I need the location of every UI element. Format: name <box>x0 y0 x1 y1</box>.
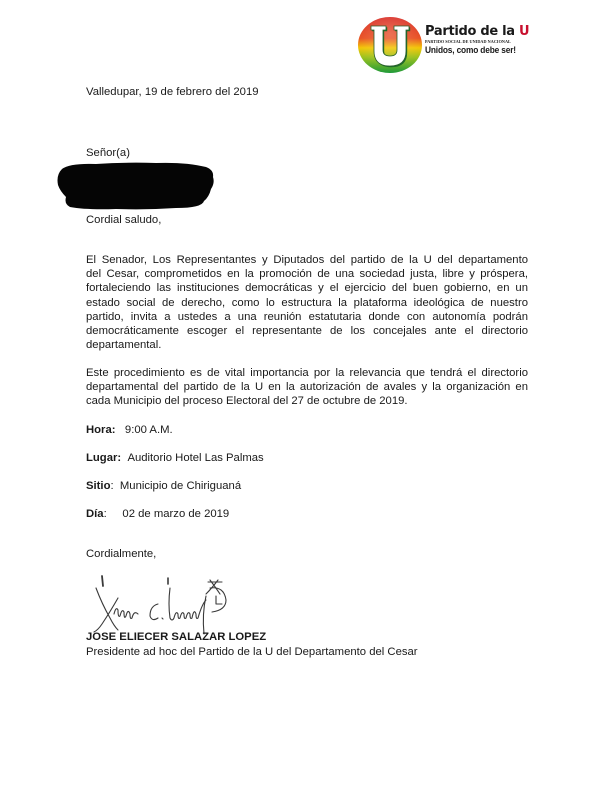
redacted-recipient <box>56 161 216 211</box>
detail-hora: Hora: 9:00 A.M. <box>86 423 173 437</box>
signer-name: JOSE ELIECER SALAZAR LOPEZ <box>86 630 266 644</box>
sitio-value: : Municipio de Chiriguaná <box>110 480 241 492</box>
logo-slogan: Unidos, como debe ser! <box>425 45 531 56</box>
signer-title: Presidente ad hoc del Partido de la U de… <box>86 645 418 659</box>
paragraph-line: del Cesar, comprometidos en la promoción… <box>86 267 528 281</box>
paragraph-line: departamental del partido de la U en la … <box>86 380 528 394</box>
paragraph-importance: Este procedimiento es de vital importanc… <box>86 366 528 409</box>
hora-value: 9:00 A.M. <box>125 424 173 436</box>
paragraph-invitation: El Senador, Los Representantes y Diputad… <box>86 253 528 352</box>
handwritten-signature-icon <box>92 574 272 636</box>
logo-title-main: Partido de la <box>425 24 519 39</box>
logo-title: Partido de la U <box>425 25 545 39</box>
paragraph-line: Este procedimiento es de vital importanc… <box>86 366 528 380</box>
paragraph-line: estado social de derecho, como lo estruc… <box>86 296 528 310</box>
paragraph-line: cada Municipio del proceso Electoral del… <box>86 394 528 408</box>
salutation-title: Señor(a) <box>86 146 130 160</box>
detail-lugar: Lugar: Auditorio Hotel Las Palmas <box>86 451 264 465</box>
lugar-value: Auditorio Hotel Las Palmas <box>127 452 263 464</box>
detail-dia: Día: 02 de marzo de 2019 <box>86 507 229 521</box>
dia-value: : 02 de marzo de 2019 <box>104 508 230 520</box>
logo-text: Partido de la U PARTIDO SOCIAL DE UNIDAD… <box>425 25 545 56</box>
logo-title-accent: U <box>519 24 529 39</box>
greeting: Cordial saludo, <box>86 213 161 227</box>
paragraph-line: partido, invita a ustedes a una reunión … <box>86 310 528 324</box>
paragraph-line: democráticamente escoger el representant… <box>86 324 528 338</box>
dia-label: Día <box>86 508 104 520</box>
partido-de-la-u-badge-icon <box>357 16 423 74</box>
detail-sitio: Sitio: Municipio de Chiriguaná <box>86 479 241 493</box>
paragraph-line: El Senador, Los Representantes y Diputad… <box>86 253 528 267</box>
closing: Cordialmente, <box>86 547 156 561</box>
hora-label: Hora: <box>86 424 116 436</box>
paragraph-line: fortaleciendo las instituciones democrát… <box>86 281 528 295</box>
sitio-label: Sitio <box>86 480 110 492</box>
party-logo: Partido de la U PARTIDO SOCIAL DE UNIDAD… <box>357 16 537 74</box>
lugar-label: Lugar: <box>86 452 121 464</box>
paragraph-line: departamental. <box>86 338 528 352</box>
place-date: Valledupar, 19 de febrero del 2019 <box>86 85 259 99</box>
